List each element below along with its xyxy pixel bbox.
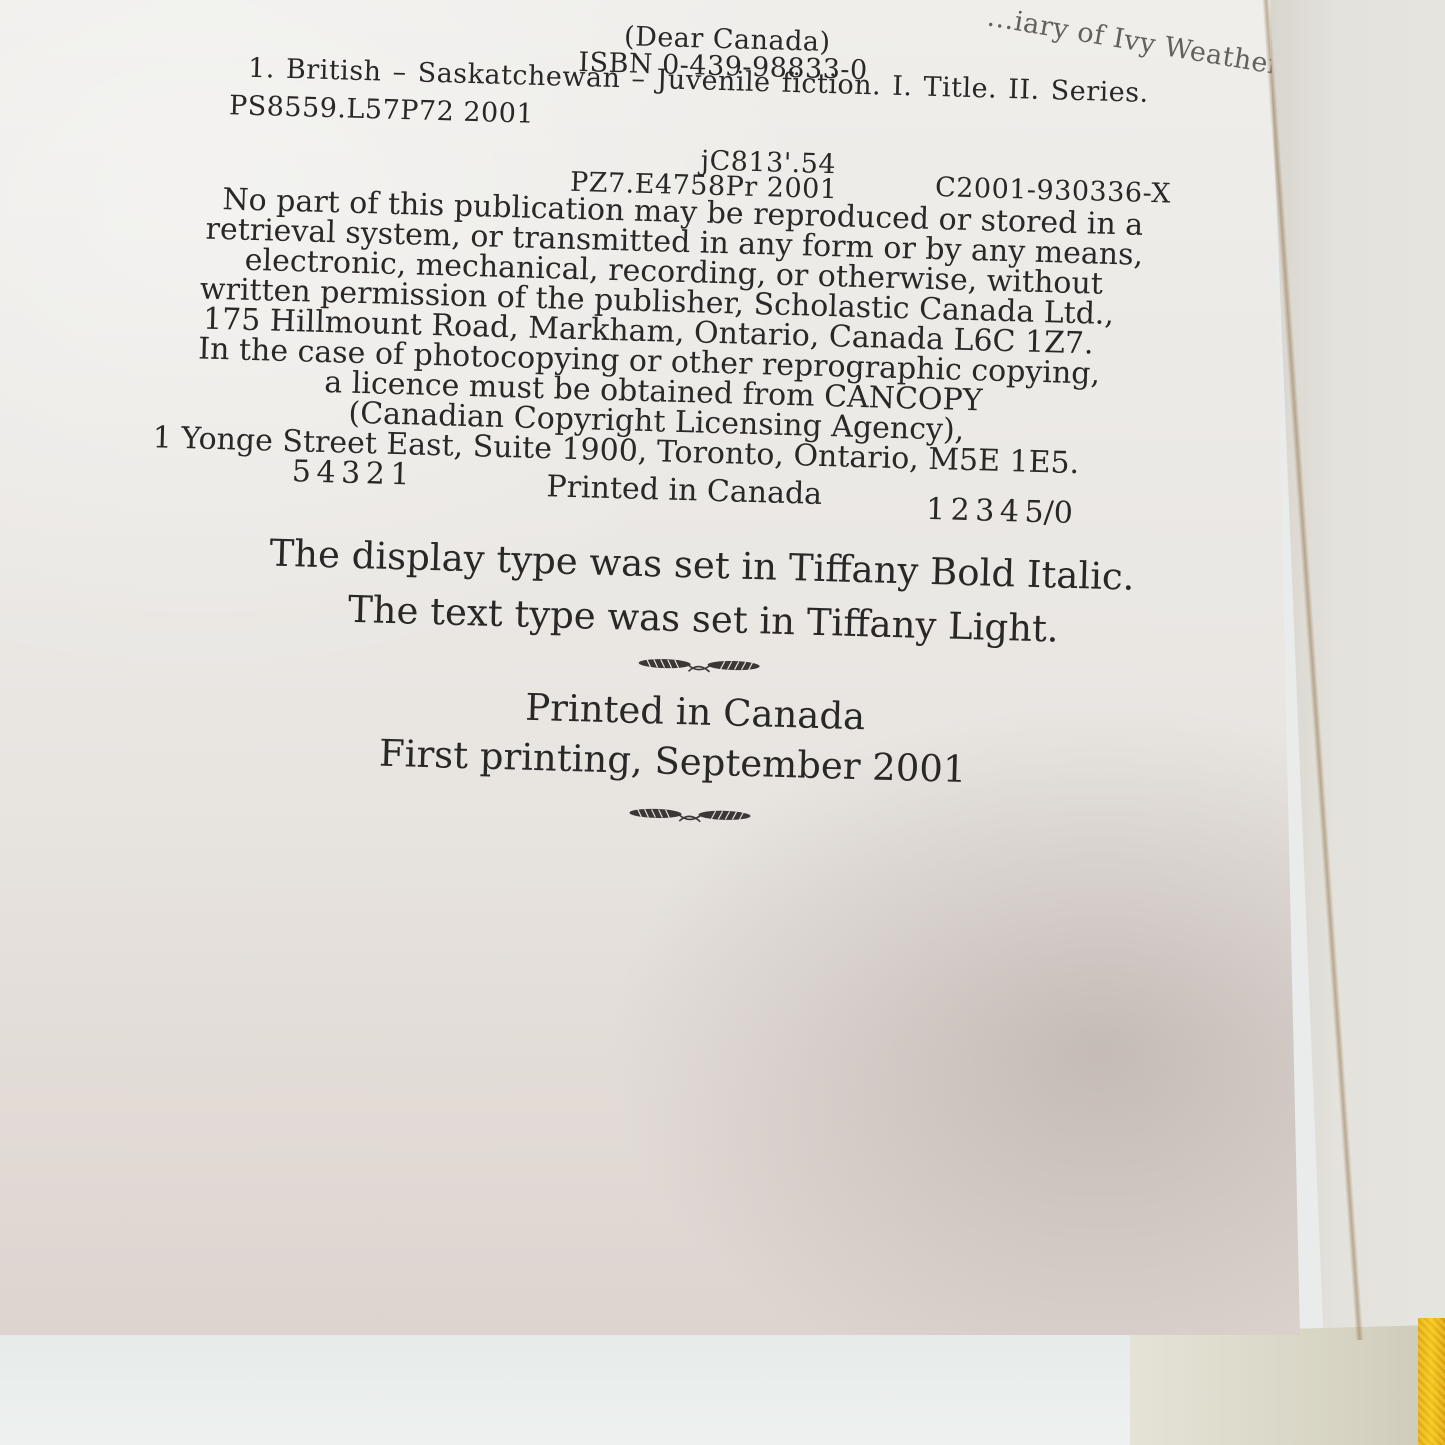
wheat-sprig-ornament-icon (636, 654, 762, 677)
copyright-page: ...iary of Ivy Weatherall (Dear Canada) … (0, 0, 1300, 1335)
wheat-sprig-ornament-icon (627, 804, 753, 827)
colophon-first-printing: First printing, September 2001 (378, 732, 967, 791)
printing-line-right: 1 2 3 4 5/0 (926, 492, 1074, 531)
typography-text-type: The text type was set in Tiffany Light. (347, 588, 1059, 651)
copyright-text-block: ...iary of Ivy Weatherall (Dear Canada) … (124, 0, 1239, 950)
printing-line-left: 5 4 3 2 1 (291, 454, 410, 492)
colophon-printed-in: Printed in Canada (525, 686, 866, 738)
book-photo-scene: ...iary of Ivy Weatherall (Dear Canada) … (0, 0, 1445, 1445)
cip-lc-class: PS8559.L57P72 2001 (229, 90, 535, 130)
lower-page-edge (1130, 1325, 1435, 1445)
printing-line-center: Printed in Canada (546, 469, 822, 512)
bookmark-ribbon (1418, 1318, 1445, 1445)
